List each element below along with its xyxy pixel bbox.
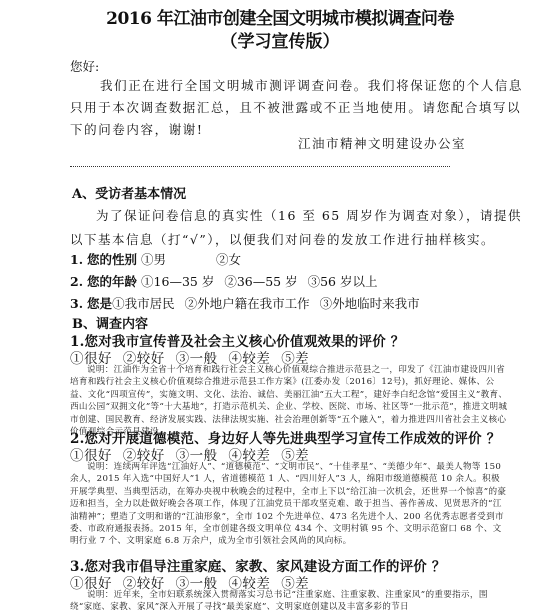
intro-line-1: 我们正在进行全国文明城市测评调查问卷。我们将保证您的个人信息: [100, 76, 523, 94]
survey-question-2-note: 说明：连续两年评选“江油好人”、“道德模范”、“文明市民”、“十佳孝星”、“美德…: [70, 461, 508, 548]
option-nonlocal-working[interactable]: ②外地户籍在我市工作: [185, 296, 310, 311]
dotted-separator: [70, 166, 450, 167]
section-a-para-line-1: 为了保证问卷信息的真实性（16 至 65 周岁作为调查对象），请提供: [96, 206, 522, 224]
signature: 江油市精神文明建设办公室: [298, 134, 466, 152]
question-residency: 3. 您是①我市居民 ②外地户籍在我市工作 ③外地临时来我市: [70, 294, 426, 312]
intro-line-2: 只用于本次调查数据汇总，且不被泄露或不正当地使用。请您配合填写以: [70, 98, 521, 116]
survey-question-3-note: 说明：近年来，全市妇联系统深入贯彻落实习总书记“注重家庭、注重家教、注重家风”的…: [70, 589, 508, 614]
document-title: 2016 年江油市创建全国文明城市模拟调查问卷: [0, 4, 560, 29]
question-gender: 1. 您的性别 ①男 ②女: [70, 250, 247, 268]
question-age: 2. 您的年龄 ①16—35 岁 ②36—55 岁 ③56 岁以上: [70, 272, 384, 290]
option-age-56-plus[interactable]: ③56 岁以上: [308, 274, 378, 289]
option-male[interactable]: ①男: [141, 252, 166, 267]
section-a-para-line-2: 以下基本信息（打“√”），以便我们对问卷的发放工作进行抽样核实。: [70, 230, 495, 248]
option-female[interactable]: ②女: [216, 252, 241, 267]
section-a-heading: A、受访者基本情况: [72, 183, 186, 202]
option-age-36-55[interactable]: ②36—55 岁: [224, 274, 297, 289]
question-label: 您的性别: [87, 252, 137, 267]
questionnaire-page: 2016 年江油市创建全国文明城市模拟调查问卷 （学习宣传版） 您好: 我们正在…: [0, 0, 560, 616]
question-number: 1.: [70, 252, 83, 267]
question-label: 您是: [87, 296, 112, 311]
question-number: 3.: [70, 296, 83, 311]
option-age-16-35[interactable]: ①16—35 岁: [141, 274, 214, 289]
option-local-resident[interactable]: ①我市居民: [112, 296, 175, 311]
intro-line-3: 下的问卷内容，谢谢!: [70, 120, 204, 138]
option-temporary-visitor[interactable]: ③外地临时来我市: [320, 296, 420, 311]
question-number: 2.: [70, 274, 83, 289]
greeting: 您好:: [70, 57, 99, 75]
document-subtitle: （学习宣传版）: [0, 27, 560, 52]
question-label: 您的年龄: [87, 274, 137, 289]
